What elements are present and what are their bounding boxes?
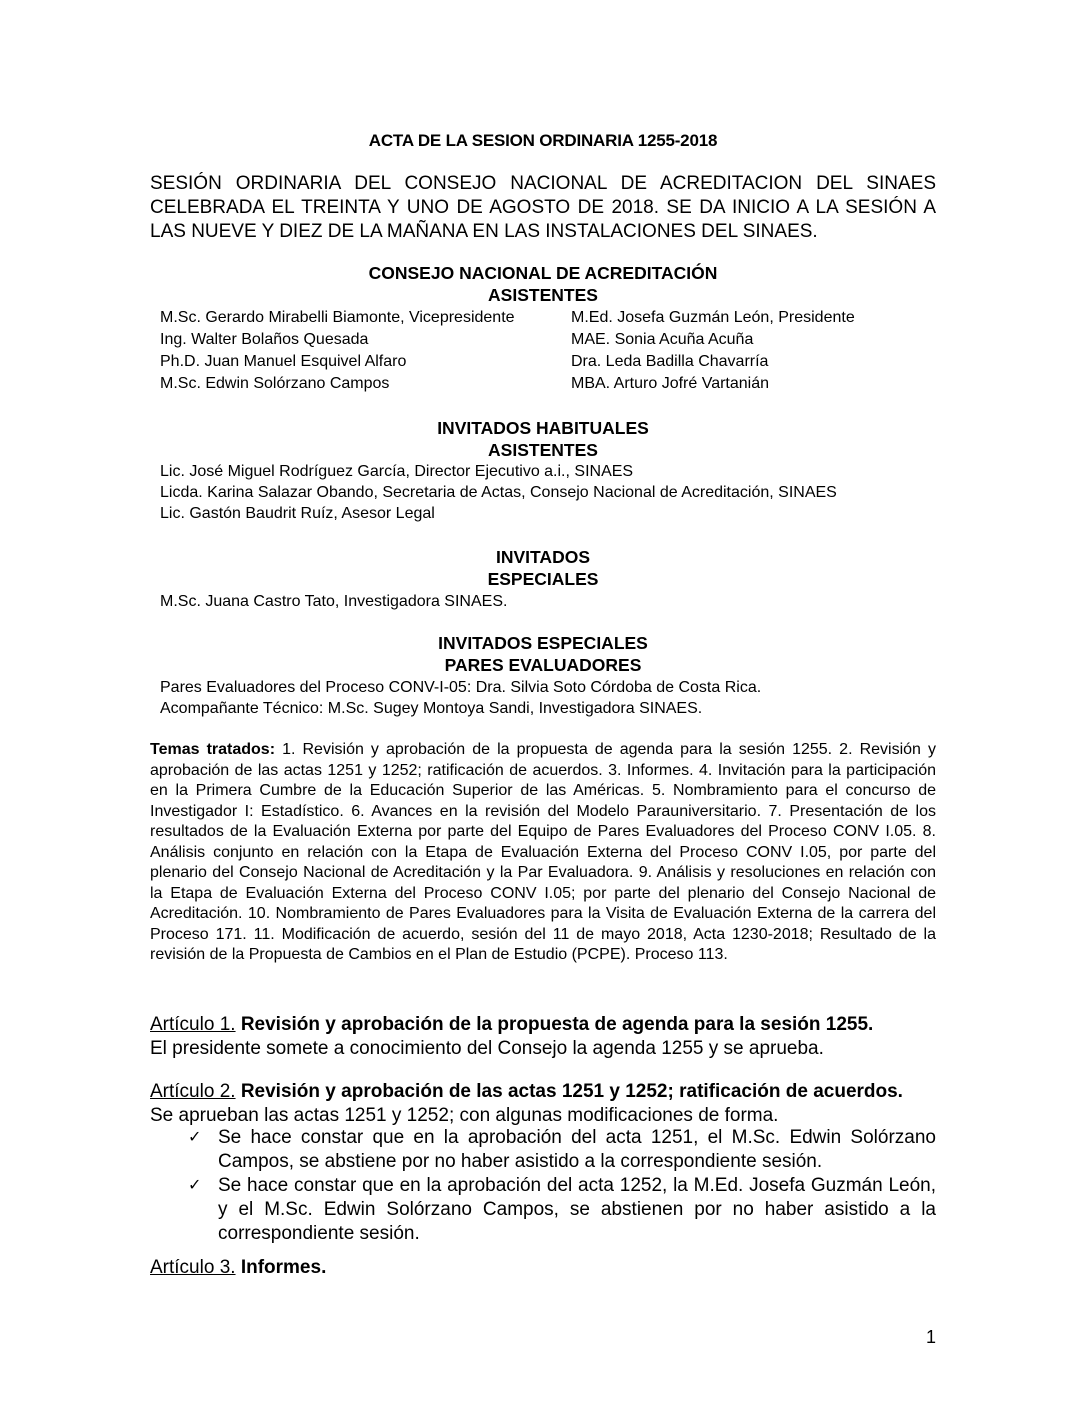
guest-item: Pares Evaluadores del Proceso CONV-I-05:…: [160, 677, 940, 698]
guest-item: Licda. Karina Salazar Obando, Secretaria…: [160, 482, 940, 503]
article-title: Informes.: [236, 1257, 327, 1278]
heading-line: ASISTENTES: [150, 284, 936, 306]
article-2: Artículo 2. Revisión y aprobación de las…: [150, 1080, 936, 1128]
attendee: MAE. Sonia Acuña Acuña: [571, 329, 753, 351]
attendee: Dra. Leda Badilla Chavarría: [571, 351, 768, 373]
attendee-row: M.Sc. Edwin Solórzano Campos MBA. Arturo…: [160, 373, 920, 395]
habituales-list: Lic. José Miguel Rodríguez García, Direc…: [160, 461, 940, 524]
check-mark-icon: ✓: [188, 1126, 201, 1150]
article-title: Revisión y aprobación de la propuesta de…: [236, 1014, 874, 1035]
checklist-item: ✓ Se hace constar que en la aprobación d…: [188, 1174, 936, 1246]
section-heading-especiales: INVITADOS ESPECIALES: [150, 546, 936, 590]
attendee: M.Sc. Gerardo Mirabelli Biamonte, Vicepr…: [160, 307, 571, 329]
article-2-checklist: ✓ Se hace constar que en la aprobación d…: [188, 1126, 936, 1246]
article-1: Artículo 1. Revisión y aprobación de la …: [150, 1013, 936, 1061]
article-3: Artículo 3. Informes.: [150, 1256, 936, 1280]
consejo-attendees: M.Sc. Gerardo Mirabelli Biamonte, Vicepr…: [160, 307, 920, 395]
checklist-text: Se hace constar que en la aprobación del…: [218, 1127, 936, 1172]
article-heading: Artículo 1. Revisión y aprobación de la …: [150, 1013, 936, 1037]
heading-line: INVITADOS ESPECIALES: [150, 632, 936, 654]
heading-line: PARES EVALUADORES: [150, 654, 936, 676]
attendee: M.Sc. Edwin Solórzano Campos: [160, 373, 571, 395]
article-heading: Artículo 3. Informes.: [150, 1256, 936, 1280]
checklist-text: Se hace constar que en la aprobación del…: [218, 1175, 936, 1244]
session-intro: SESIÓN ORDINARIA DEL CONSEJO NACIONAL DE…: [150, 172, 936, 244]
heading-line: INVITADOS: [150, 546, 936, 568]
heading-line: ASISTENTES: [150, 439, 936, 461]
attendee-row: Ing. Walter Bolaños Quesada MAE. Sonia A…: [160, 329, 920, 351]
attendee: MBA. Arturo Jofré Vartanián: [571, 373, 769, 395]
check-mark-icon: ✓: [188, 1174, 201, 1198]
article-label: Artículo 1.: [150, 1014, 236, 1035]
checklist-item: ✓ Se hace constar que en la aprobación d…: [188, 1126, 936, 1174]
attendee: Ph.D. Juan Manuel Esquivel Alfaro: [160, 351, 571, 373]
heading-line: INVITADOS HABITUALES: [150, 417, 936, 439]
topics-text: 1. Revisión y aprobación de la propuesta…: [150, 741, 936, 963]
heading-line: ESPECIALES: [150, 568, 936, 590]
attendee: M.Ed. Josefa Guzmán León, Presidente: [571, 307, 855, 329]
guest-item: Lic. José Miguel Rodríguez García, Direc…: [160, 461, 940, 482]
article-label: Artículo 3.: [150, 1257, 236, 1278]
article-heading: Artículo 2. Revisión y aprobación de las…: [150, 1080, 936, 1104]
article-label: Artículo 2.: [150, 1081, 236, 1102]
page-number: 1: [926, 1327, 936, 1348]
section-heading-pares: INVITADOS ESPECIALES PARES EVALUADORES: [150, 632, 936, 676]
article-body: El presidente somete a conocimiento del …: [150, 1037, 936, 1061]
section-heading-consejo: CONSEJO NACIONAL DE ACREDITACIÓN ASISTEN…: [150, 262, 936, 306]
guest-item: Lic. Gastón Baudrit Ruíz, Asesor Legal: [160, 503, 940, 524]
guest-item: M.Sc. Juana Castro Tato, Investigadora S…: [160, 591, 940, 612]
attendee-row: M.Sc. Gerardo Mirabelli Biamonte, Vicepr…: [160, 307, 920, 329]
attendee: Ing. Walter Bolaños Quesada: [160, 329, 571, 351]
heading-line: CONSEJO NACIONAL DE ACREDITACIÓN: [150, 262, 936, 284]
article-body: Se aprueban las actas 1251 y 1252; con a…: [150, 1104, 936, 1128]
guest-item: Acompañante Técnico: M.Sc. Sugey Montoya…: [160, 698, 940, 719]
especiales-list: M.Sc. Juana Castro Tato, Investigadora S…: [160, 591, 940, 612]
document-page: ACTA DE LA SESION ORDINARIA 1255-2018 SE…: [150, 0, 936, 1408]
pares-list: Pares Evaluadores del Proceso CONV-I-05:…: [160, 677, 940, 719]
section-heading-habituales: INVITADOS HABITUALES ASISTENTES: [150, 417, 936, 461]
article-title: Revisión y aprobación de las actas 1251 …: [236, 1081, 903, 1102]
topics-label: Temas tratados:: [150, 741, 275, 758]
topics-paragraph: Temas tratados: 1. Revisión y aprobación…: [150, 740, 936, 966]
document-title: ACTA DE LA SESION ORDINARIA 1255-2018: [150, 131, 936, 151]
attendee-row: Ph.D. Juan Manuel Esquivel Alfaro Dra. L…: [160, 351, 920, 373]
